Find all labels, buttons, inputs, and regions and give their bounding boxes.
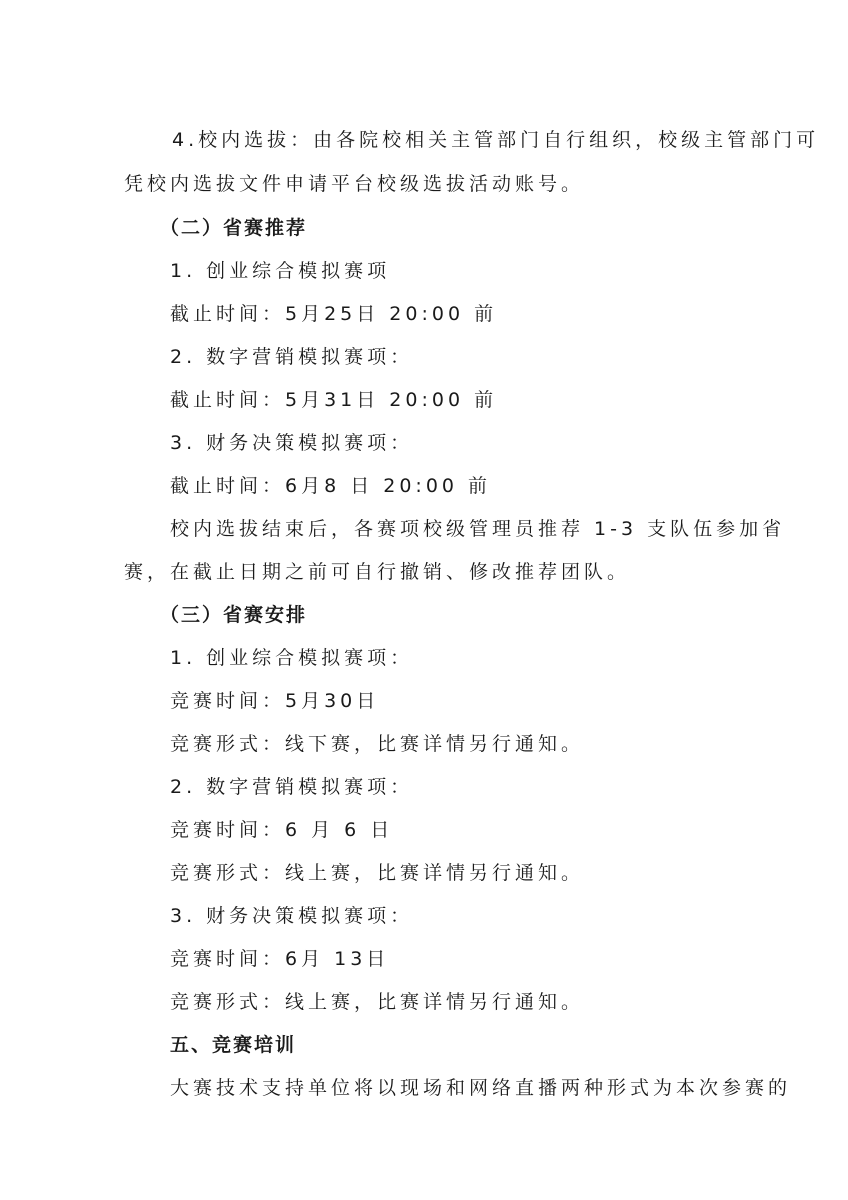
paragraph-line: 截止时间：6月8 日 20:00 前	[170, 474, 491, 498]
paragraph-line: 竞赛时间：5月30日	[170, 689, 379, 713]
paragraph-line: 大赛技术支持单位将以现场和网络直播两种形式为本次参赛的	[170, 1076, 791, 1100]
paragraph-line: 凭校内选拔文件申请平台校级选拔活动账号。	[124, 172, 584, 196]
paragraph-line: 竞赛形式：线下赛，比赛详情另行通知。	[170, 732, 584, 756]
paragraph-line: 竞赛时间：6 月 6 日	[170, 818, 393, 842]
paragraph-line: 1. 创业综合模拟赛项：	[170, 646, 413, 670]
paragraph-line: 竞赛形式：线上赛，比赛详情另行通知。	[170, 861, 584, 885]
paragraph-line: 2. 数字营销模拟赛项：	[170, 775, 413, 799]
paragraph-line: 竞赛时间：6月 13日	[170, 947, 389, 971]
paragraph-line: 赛，在截止日期之前可自行撤销、修改推荐团队。	[124, 560, 630, 584]
paragraph-line: 校内选拔结束后，各赛项校级管理员推荐 1-3 支队伍参加省	[170, 517, 785, 541]
section-heading: （二）省赛推荐	[160, 216, 307, 240]
paragraph-line: 1. 创业综合模拟赛项	[170, 259, 390, 283]
section-heading: 五、竞赛培训	[170, 1033, 296, 1057]
paragraph-line: 截止时间：5月31日 20:00 前	[170, 388, 497, 412]
paragraph-line: 截止时间：5月25日 20:00 前	[170, 302, 497, 326]
section-heading: （三）省赛安排	[160, 603, 307, 627]
paragraph-line: 2. 数字营销模拟赛项：	[170, 345, 413, 369]
paragraph-line: 竞赛形式：线上赛，比赛详情另行通知。	[170, 990, 584, 1014]
paragraph-line: 3. 财务决策模拟赛项：	[170, 904, 413, 928]
paragraph-line: 4.校内选拔：由各院校相关主管部门自行组织，校级主管部门可	[172, 128, 819, 152]
paragraph-line: 3. 财务决策模拟赛项：	[170, 431, 413, 455]
